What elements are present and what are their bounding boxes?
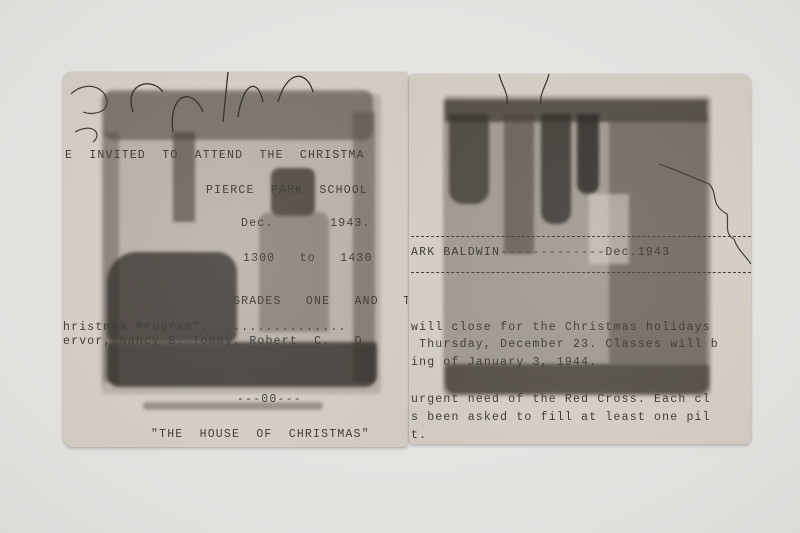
pen-scribble-lines [409,74,751,444]
typed-line-separator: ---00--- [237,394,302,406]
typed-line-thursday: Thursday, December 23. Classes will b [411,339,719,351]
typed-line-grades: GRADES ONE AND TWO [233,296,408,308]
typed-line-holidays: will close for the Christmas holidays [411,322,711,334]
typed-line-invited: E INVITED TO ATTEND THE CHRISTMA [65,150,365,162]
left-card: E INVITED TO ATTEND THE CHRISTMA PIERCE … [63,72,408,447]
typed-line-time: 1300 to 1430 [243,253,373,265]
typed-line-header: ARK BALDWIN-------------Dec.1943 [411,247,670,259]
typed-line-red-cross: urgent need of the Red Cross. Each cl [411,394,711,406]
typed-line-asked: s been asked to fill at least one pil [411,412,711,424]
dashed-rule-bottom [411,272,751,273]
typed-line-title: "THE HOUSE OF CHRISTMAS" [151,429,370,441]
typed-line-program: hristmas Program".................. [63,322,347,334]
typed-line-date: Dec. 1943. [241,218,371,230]
dashed-rule-top [411,236,751,237]
typed-line-end: t. [411,430,427,442]
typed-line-january: ing of January 3, 1944. [411,357,597,369]
typed-line-school: PIERCE PARK SCHOOL [206,185,368,197]
right-card: ARK BALDWIN-------------Dec.1943 will cl… [409,74,751,444]
typed-line-names: ervor, Nancy B. Tommy, Robert C. D [63,336,363,348]
